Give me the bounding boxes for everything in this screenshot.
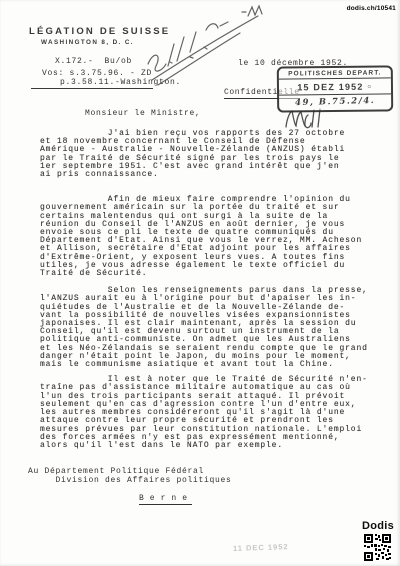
recipient-city: B e r n e [139,494,192,505]
salutation: Monsieur le Ministre, [85,109,201,118]
letterhead-subtitle: WASHINGTON 8, D. C. [41,39,134,46]
stamp-punch-mark: ○ [367,84,373,91]
paragraph-1: J'ai bien reçu vos rapports des 27 octob… [40,130,376,179]
paragraph-4: Il est à noter que le Traité de Sécurité… [40,376,376,450]
paragraph-3: Selon les renseignements parus dans la p… [40,287,376,369]
handwritten-scribble-annotation [140,2,280,97]
stamp-handwritten-ref: 49, B.75.2/4. [279,93,391,111]
dodis-archive-reference: dodis.ch/10541 [347,5,396,12]
reference-underline [31,88,153,89]
qr-code [364,534,391,561]
letter-body: J'ai bien reçu vos rapports des 27 octob… [40,130,376,450]
stamp-date-text: 15 DEZ 1952 [297,82,363,93]
reference-line-2: Vos: s.3.75.96. - ZD [42,69,152,78]
faint-date-stamp: 11 DEC 1952 [233,542,289,553]
scanned-letter-page: dodis.ch/10541 LÉGATION DE SUISSE WASHIN… [0,0,400,566]
recipient-address: Au Département Politique Fédéral Divisio… [28,467,232,485]
receipt-stamp: POLITISCHES DEPART. 15 DEZ 1952 ○ 49, B.… [277,65,393,112]
dodis-wordmark: Dodis [362,520,394,532]
paragraph-2: Afin de mieux faire comprendre l'opinion… [40,196,376,278]
stamp-office-line: POLITISCHES DEPART. [279,67,391,79]
reference-line-1: X.172.- Bu/ob [55,57,132,66]
